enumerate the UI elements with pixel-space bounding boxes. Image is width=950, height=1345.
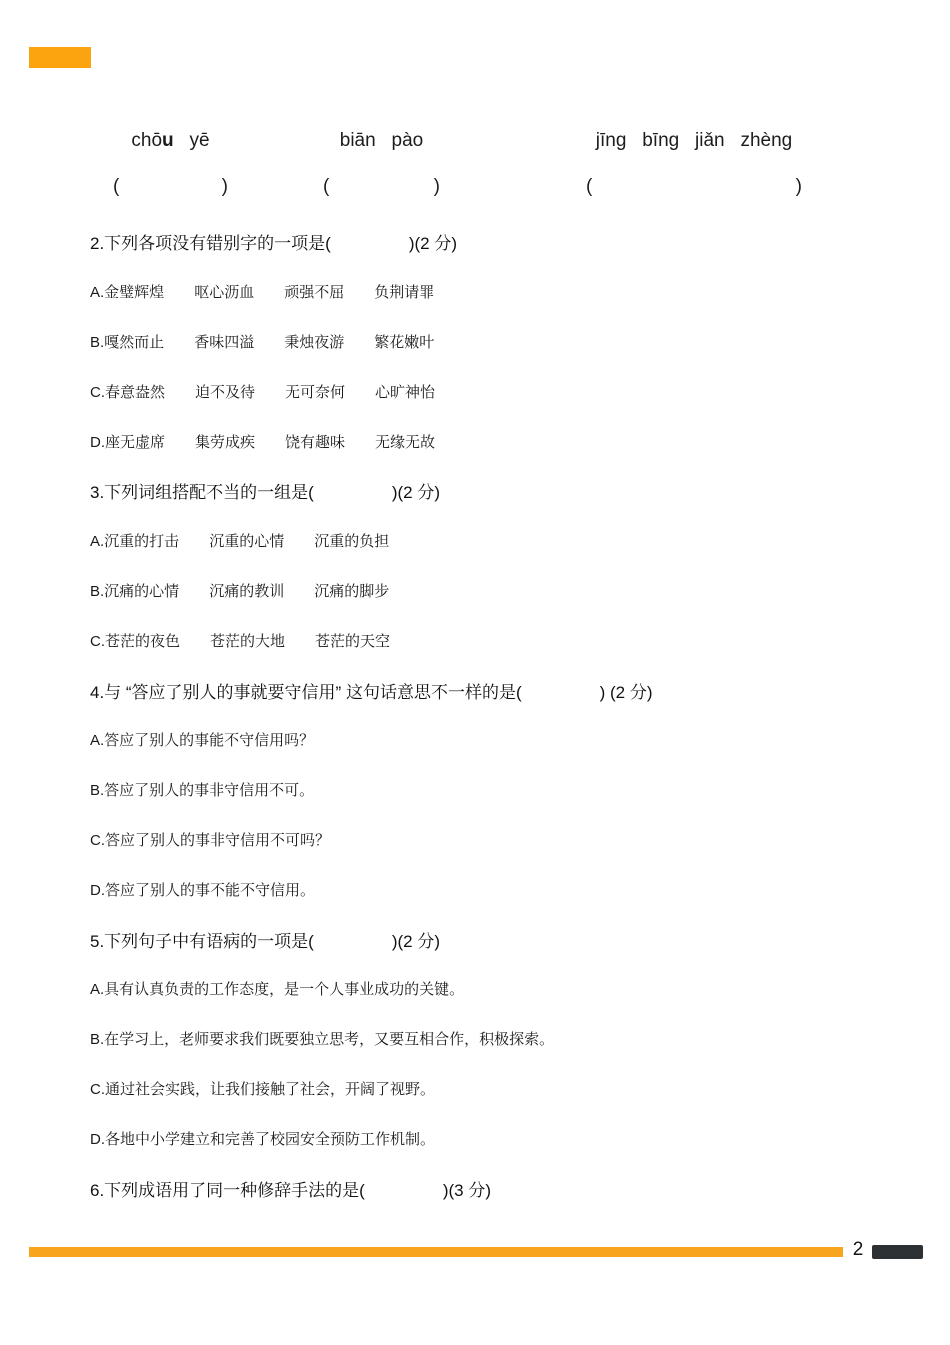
option-phrase: 香味四溢: [194, 331, 254, 352]
question-title-text: 3.下列词组搭配不当的一组是(: [90, 478, 314, 503]
option-phrase: D.各地中小学建立和完善了校园安全预防工作机制。: [90, 1128, 435, 1149]
option-phrase: 沉重的心情: [209, 530, 284, 551]
question-option: A.具有认真负责的工作态度，是一个人事业成功的关键。: [90, 964, 920, 1014]
questions-section: 2.下列各项没有错别字的一项是()(2 分)A.金璧辉煌呕心沥血顽强不屈负荆请罪…: [90, 217, 920, 1213]
option-phrase: D.答应了别人的事不能不守信用。: [90, 879, 315, 900]
question-option: B.嘎然而止香味四溢秉烛夜游繁花嫩叶: [90, 317, 920, 367]
pinyin-text: jīng bīng jiǎn zhèng: [596, 130, 792, 152]
question-option: C.苍茫的夜色苍茫的大地苍茫的天空: [90, 615, 920, 665]
paren-close: ): [222, 176, 228, 198]
option-phrase: 沉痛的脚步: [314, 580, 389, 601]
paren-open: (: [323, 176, 329, 198]
option-phrase: A.答应了别人的事能不守信用吗？: [90, 729, 314, 750]
question-option: A.答应了别人的事能不守信用吗？: [90, 715, 920, 765]
question-score-text: )(2 分): [392, 927, 440, 952]
answer-blank-parens: (): [113, 174, 228, 200]
option-phrase: 负荆请罪: [374, 281, 434, 302]
question-title: 2.下列各项没有错别字的一项是()(2 分): [90, 217, 920, 267]
option-phrase: 饶有趣味: [285, 431, 345, 452]
pinyin-text: [174, 130, 190, 152]
option-phrase: C.春意盎然: [90, 381, 165, 402]
pinyin-text: biān pào: [340, 130, 423, 152]
option-phrase: B.沉痛的心情: [90, 580, 179, 601]
question-title-text: 6.下列成语用了同一种修辞手法的是(: [90, 1176, 365, 1201]
pinyin-group: jīng bīng jiǎn zhèng: [578, 128, 810, 154]
option-phrase: D.座无虚席: [90, 431, 165, 452]
option-phrase: 集劳成疾: [195, 431, 255, 452]
question-score-text: )(3 分): [443, 1176, 491, 1201]
option-phrase: 心旷神怡: [375, 381, 435, 402]
answer-blank-parens: (): [323, 174, 440, 200]
option-phrase: 顽强不屈: [284, 281, 344, 302]
pinyin-group: chōu yē: [113, 128, 228, 154]
option-phrase: 无缘无故: [375, 431, 435, 452]
question-title: 5.下列句子中有语病的一项是()(2 分): [90, 914, 920, 964]
question-option: B.沉痛的心情沉痛的教训沉痛的脚步: [90, 566, 920, 616]
question-title: 3.下列词组搭配不当的一组是()(2 分): [90, 466, 920, 516]
question-score-text: )(2 分): [409, 229, 457, 254]
pinyin-row: chōu yēbiān pàojīng bīng jiǎn zhèng: [0, 128, 950, 154]
option-phrase: A.具有认真负责的工作态度，是一个人事业成功的关键。: [90, 978, 464, 999]
answer-blank-parens: (): [586, 174, 802, 200]
paren-open: (: [113, 176, 119, 198]
top-accent-marker: [29, 47, 91, 68]
question-option: C.春意盎然迫不及待无可奈何心旷神怡: [90, 366, 920, 416]
option-phrase: C.答应了别人的事非守信用不可吗？: [90, 829, 330, 850]
question-score-text: ) (2 分): [600, 678, 653, 703]
pinyin-text: chō: [131, 130, 162, 152]
paren-open: (: [586, 176, 592, 198]
pinyin-text: u: [162, 130, 174, 152]
option-phrase: 呕心沥血: [194, 281, 254, 302]
question-option: B.在学习上，老师要求我们既要独立思考，又要互相合作，积极探索。: [90, 1014, 920, 1064]
option-phrase: B.答应了别人的事非守信用不可。: [90, 779, 314, 800]
option-phrase: C.苍茫的夜色: [90, 630, 180, 651]
question-option: B.答应了别人的事非守信用不可。: [90, 765, 920, 815]
option-phrase: 繁花嫩叶: [374, 331, 434, 352]
answer-blank: [314, 490, 392, 491]
answer-blank: [314, 939, 392, 940]
question-option: C.通过社会实践，让我们接触了社会，开阔了视野。: [90, 1064, 920, 1114]
question-title: 4.与 “答应了别人的事就要守信用” 这句话意思不一样的是() (2 分): [90, 665, 920, 715]
question-option: C.答应了别人的事非守信用不可吗？: [90, 815, 920, 865]
answer-blank: [365, 1188, 443, 1189]
option-phrase: 沉痛的教训: [209, 580, 284, 601]
question-score-text: )(2 分): [392, 478, 440, 503]
pinyin-group: biān pào: [323, 128, 440, 154]
pinyin-text: yē: [190, 130, 210, 152]
question-option: A.沉重的打击沉重的心情沉重的负担: [90, 516, 920, 566]
option-phrase: 苍茫的大地: [210, 630, 285, 651]
exam-page: chōu yēbiān pàojīng bīng jiǎn zhèng ()()…: [0, 0, 950, 1345]
option-phrase: 苍茫的天空: [315, 630, 390, 651]
option-phrase: B.在学习上，老师要求我们既要独立思考，又要互相合作，积极探索。: [90, 1028, 554, 1049]
answer-blank: [522, 690, 600, 691]
footer-accent-bar: [29, 1247, 843, 1257]
option-phrase: B.嘎然而止: [90, 331, 164, 352]
option-phrase: 迫不及待: [195, 381, 255, 402]
answer-blanks-row: ()()(): [0, 174, 950, 200]
question-option: D.座无虚席集劳成疾饶有趣味无缘无故: [90, 416, 920, 466]
option-phrase: C.通过社会实践，让我们接触了社会，开阔了视野。: [90, 1078, 435, 1099]
option-phrase: A.金璧辉煌: [90, 281, 164, 302]
question-title-text: 5.下列句子中有语病的一项是(: [90, 927, 314, 952]
page-number: 2: [848, 1238, 868, 1262]
paren-close: ): [796, 176, 802, 198]
question-title: 6.下列成语用了同一种修辞手法的是()(3 分): [90, 1163, 920, 1213]
question-option: D.各地中小学建立和完善了校园安全预防工作机制。: [90, 1113, 920, 1163]
option-phrase: 无可奈何: [285, 381, 345, 402]
option-phrase: A.沉重的打击: [90, 530, 179, 551]
question-option: D.答应了别人的事不能不守信用。: [90, 864, 920, 914]
answer-blank: [331, 241, 409, 242]
paren-close: ): [434, 176, 440, 198]
option-phrase: 沉重的负担: [314, 530, 389, 551]
option-phrase: 秉烛夜游: [284, 331, 344, 352]
question-title-text: 4.与 “答应了别人的事就要守信用” 这句话意思不一样的是(: [90, 678, 522, 703]
question-title-text: 2.下列各项没有错别字的一项是(: [90, 229, 331, 254]
footer-dark-badge: [872, 1245, 923, 1259]
question-option: A.金璧辉煌呕心沥血顽强不屈负荆请罪: [90, 267, 920, 317]
